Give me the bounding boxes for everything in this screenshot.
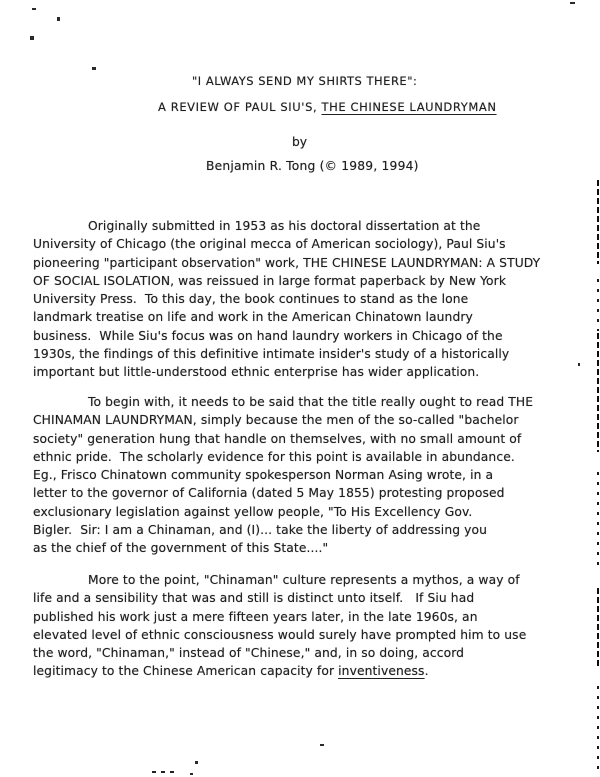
- title-line2-book-title: THE CHINESE LAUNDRYMAN: [321, 100, 496, 114]
- scan-artifact: [152, 771, 178, 773]
- paragraph-3: More to the point, "Chinaman" culture re…: [33, 571, 573, 681]
- underlined-word: inventiveness: [338, 664, 424, 678]
- text-line: published his work just a mere fifteen y…: [33, 608, 573, 626]
- text-line: pioneering "participant observation" wor…: [33, 254, 573, 272]
- text-line: elevated level of ethnic consciousness w…: [33, 626, 573, 644]
- text-line: as the chief of the government of this S…: [33, 539, 573, 557]
- text-line: letter to the governor of California (da…: [33, 484, 573, 502]
- scanned-page: "I ALWAYS SEND MY SHIRTS THERE": A REVIE…: [0, 0, 600, 777]
- scan-edge-artifact: [597, 279, 599, 331]
- text-line: Originally submitted in 1953 as his doct…: [33, 217, 573, 235]
- scan-artifact: [190, 773, 193, 775]
- text-line: University Press. To this day, the book …: [33, 290, 573, 308]
- text-line: important but little-understood ethnic e…: [33, 363, 573, 381]
- scan-edge-artifact: [597, 180, 599, 264]
- text-line: To begin with, it needs to be said that …: [33, 393, 573, 411]
- scan-edge-artifact: [597, 333, 599, 452]
- text-line: society" generation hung that handle on …: [33, 430, 573, 448]
- text-line: life and a sensibility that was and stil…: [33, 589, 573, 607]
- paragraph-1: Originally submitted in 1953 as his doct…: [33, 217, 573, 382]
- scan-artifact: [57, 17, 60, 21]
- text-line: business. While Siu's focus was on hand …: [33, 327, 573, 345]
- scan-artifact: [578, 363, 580, 366]
- scan-artifact: [195, 761, 198, 764]
- scan-edge-artifact: [597, 588, 599, 668]
- paragraph-2: To begin with, it needs to be said that …: [33, 393, 573, 558]
- scan-artifact: [320, 744, 324, 746]
- byline: by: [292, 135, 307, 149]
- text-line: CHINAMAN LAUNDRYMAN, simply because the …: [33, 411, 573, 429]
- title-line2-prefix: A REVIEW OF PAUL SIU'S,: [158, 100, 321, 114]
- text-line: the word, "Chinaman," instead of "Chines…: [33, 644, 573, 662]
- scan-artifact: [30, 36, 34, 40]
- scan-artifact: [570, 2, 575, 4]
- document-title-line1: "I ALWAYS SEND MY SHIRTS THERE":: [192, 74, 417, 88]
- text-line: exclusionary legislation against yellow …: [33, 503, 573, 521]
- text-line: Eg., Frisco Chinatown community spokespe…: [33, 466, 573, 484]
- text-line: ethnic pride. The scholarly evidence for…: [33, 448, 573, 466]
- text-line: Bigler. Sir: I am a Chinaman, and (I)...…: [33, 521, 573, 539]
- author-line: Benjamin R. Tong (© 1989, 1994): [206, 159, 419, 173]
- text-line: landmark treatise on life and work in th…: [33, 308, 573, 326]
- text-line: legitimacy to the Chinese American capac…: [33, 662, 573, 680]
- document-title-line2: A REVIEW OF PAUL SIU'S, THE CHINESE LAUN…: [158, 100, 497, 114]
- text-line: 1930s, the findings of this definitive i…: [33, 345, 573, 363]
- scan-artifact: [92, 67, 96, 70]
- text-line: OF SOCIAL ISOLATION, was reissued in lar…: [33, 272, 573, 290]
- scan-edge-artifact: [597, 686, 599, 774]
- scan-edge-artifact: [597, 472, 599, 568]
- scan-artifact: [32, 8, 36, 10]
- text-line: University of Chicago (the original mecc…: [33, 235, 573, 253]
- text-line: More to the point, "Chinaman" culture re…: [33, 571, 573, 589]
